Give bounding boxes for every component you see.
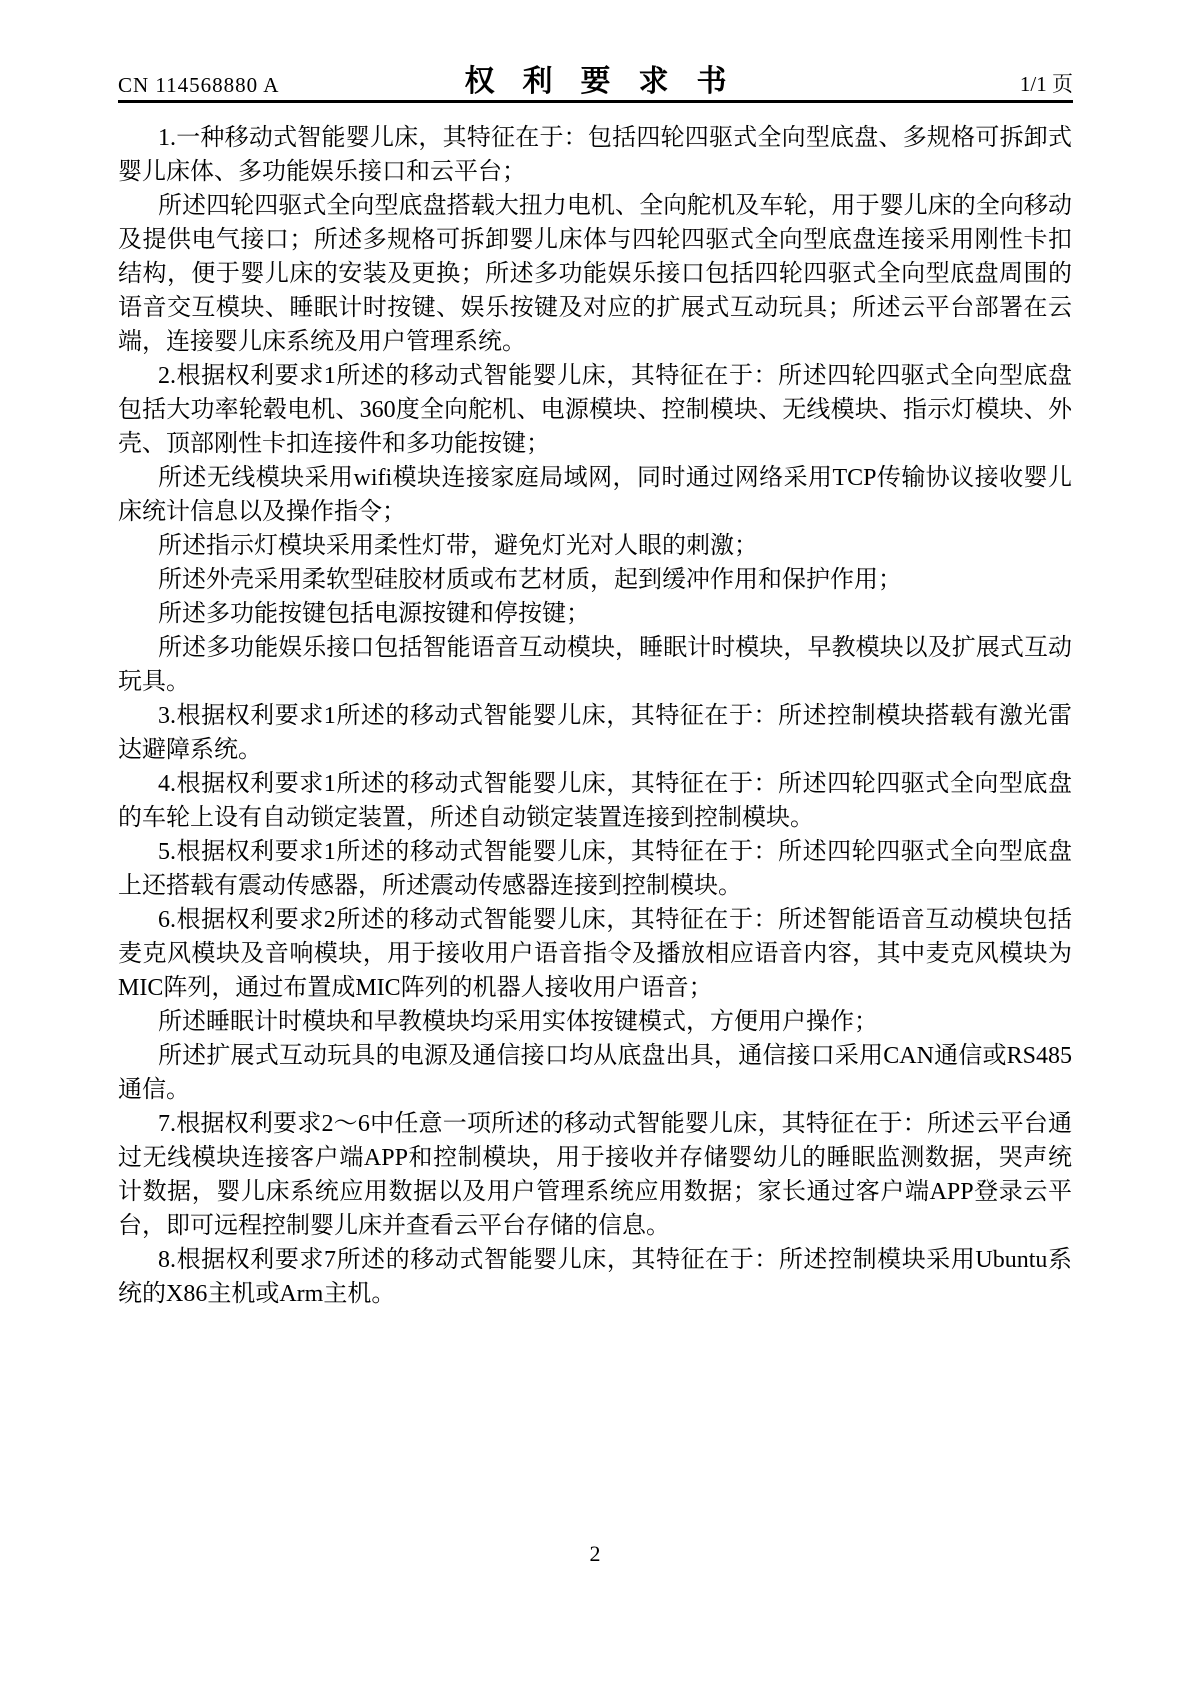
page-title: 权利要求书 (118, 56, 1073, 100)
claims-paragraph: 所述睡眠计时模块和早教模块均采用实体按键模式，方便用户操作； (118, 1005, 1072, 1039)
claims-paragraph: 3.根据权利要求1所述的移动式智能婴儿床，其特征在于：所述控制模块搭载有激光雷达… (118, 699, 1072, 767)
page-number: 2 (590, 1541, 601, 1566)
claims-paragraph: 所述指示灯模块采用柔性灯带，避免灯光对人眼的刺激； (118, 529, 1072, 563)
claims-paragraph: 所述无线模块采用wifi模块连接家庭局域网，同时通过网络采用TCP传输协议接收婴… (118, 461, 1072, 529)
claims-paragraph: 1.一种移动式智能婴儿床，其特征在于：包括四轮四驱式全向型底盘、多规格可拆卸式婴… (118, 121, 1072, 189)
claims-paragraph: 所述多功能按键包括电源按键和停按键； (118, 597, 1072, 631)
claims-paragraph: 7.根据权利要求2～6中任意一项所述的移动式智能婴儿床，其特征在于：所述云平台通… (118, 1107, 1072, 1243)
page-header: CN 114568880 A 权利要求书 1/1 页 (118, 60, 1073, 100)
claims-paragraph: 所述扩展式互动玩具的电源及通信接口均从底盘出具，通信接口采用CAN通信或RS48… (118, 1039, 1072, 1107)
patent-claims-page: CN 114568880 A 权利要求书 1/1 页 1.一种移动式智能婴儿床，… (0, 0, 1190, 1684)
page-footer: 2 (0, 1541, 1190, 1567)
claims-paragraph: 6.根据权利要求2所述的移动式智能婴儿床，其特征在于：所述智能语音互动模块包括麦… (118, 903, 1072, 1005)
claims-paragraph: 2.根据权利要求1所述的移动式智能婴儿床，其特征在于：所述四轮四驱式全向型底盘包… (118, 359, 1072, 461)
claims-paragraph: 5.根据权利要求1所述的移动式智能婴儿床，其特征在于：所述四轮四驱式全向型底盘上… (118, 835, 1072, 903)
header-divider (118, 100, 1073, 103)
page-indicator: 1/1 页 (1020, 68, 1073, 98)
claims-paragraph: 8.根据权利要求7所述的移动式智能婴儿床，其特征在于：所述控制模块采用Ubunt… (118, 1243, 1072, 1311)
claims-text: 1.一种移动式智能婴儿床，其特征在于：包括四轮四驱式全向型底盘、多规格可拆卸式婴… (118, 121, 1072, 1311)
claims-paragraph: 所述外壳采用柔软型硅胶材质或布艺材质，起到缓冲作用和保护作用； (118, 563, 1072, 597)
claims-paragraph: 所述多功能娱乐接口包括智能语音互动模块，睡眠计时模块，早教模块以及扩展式互动玩具… (118, 631, 1072, 699)
claims-paragraph: 4.根据权利要求1所述的移动式智能婴儿床，其特征在于：所述四轮四驱式全向型底盘的… (118, 767, 1072, 835)
claims-paragraph: 所述四轮四驱式全向型底盘搭载大扭力电机、全向舵机及车轮，用于婴儿床的全向移动及提… (118, 189, 1072, 359)
